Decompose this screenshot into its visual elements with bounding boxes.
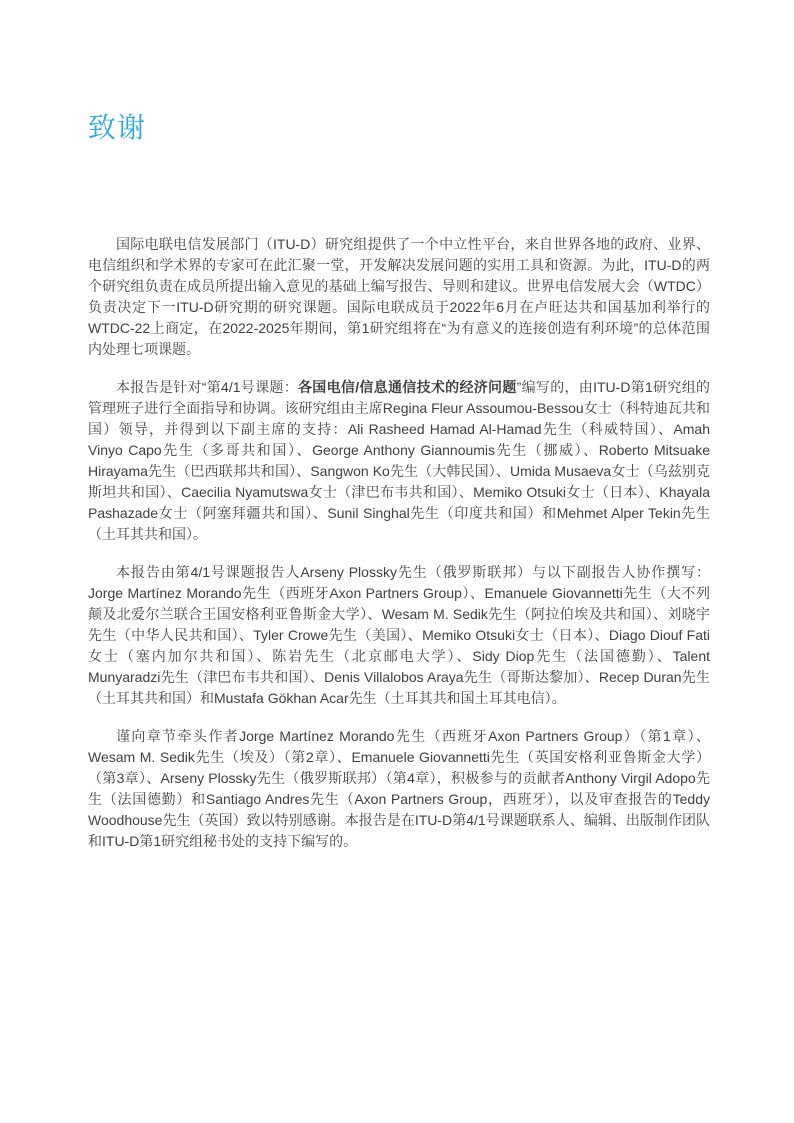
- paragraph-rapporteurs: 本报告由第4/1号课题报告人Arseny Plossky先生（俄罗斯联邦）与以下…: [88, 562, 710, 709]
- paragraph-itud-intro: 国际电联电信发展部门（ITU-D）研究组提供了一个中立性平台，来自世界各地的政府…: [88, 234, 710, 360]
- document-page: 致谢 国际电联电信发展部门（ITU-D）研究组提供了一个中立性平台，来自世界各地…: [0, 0, 794, 1123]
- paragraph-question-management: 本报告是针对“第4/1号课题：各国电信/信息通信技术的经济问题”编写的，由ITU…: [88, 377, 710, 545]
- question-title-bold: 各国电信/信息通信技术的经济问题: [298, 379, 517, 395]
- page-title: 致谢: [88, 106, 710, 146]
- paragraph-special-thanks: 谨向章节牵头作者Jorge Martínez Morando先生（西班牙Axon…: [88, 726, 710, 852]
- question-text-pre: 本报告是针对“第4/1号课题：: [116, 379, 298, 395]
- question-text-post: ”编写的，由ITU-D第1研究组的管理班子进行全面指导和协调。该研究组由主席Re…: [88, 379, 710, 542]
- content-column: 致谢 国际电联电信发展部门（ITU-D）研究组提供了一个中立性平台，来自世界各地…: [88, 106, 710, 869]
